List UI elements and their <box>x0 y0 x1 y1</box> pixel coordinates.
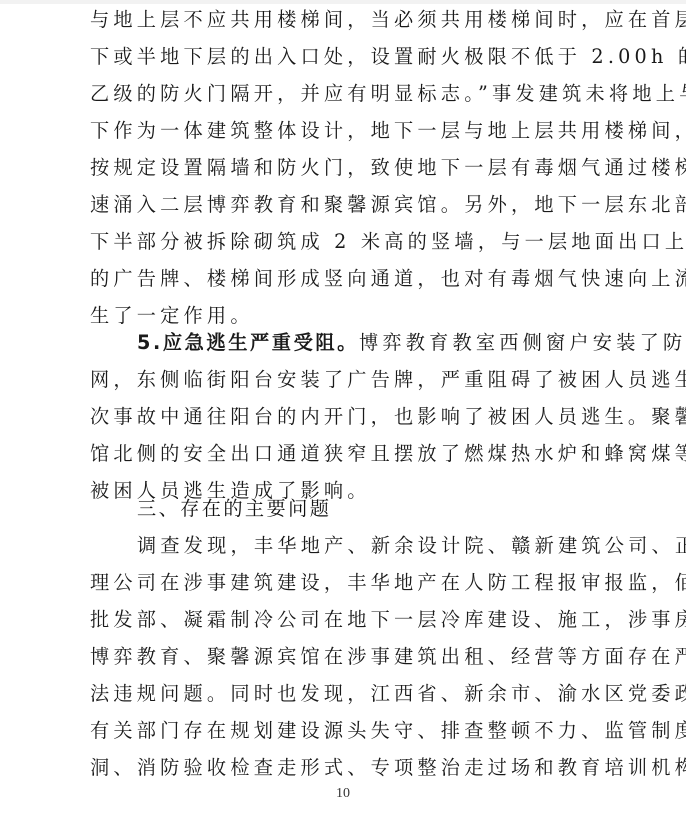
paragraph-line: 下或半地下层的出入口处，设置耐火极限不低于 2.00h 的隔墙和 <box>90 38 610 75</box>
paragraph-line: 乙级的防火门隔开，并应有明显标志。”事发建筑未将地上与地 <box>90 75 610 112</box>
paragraph-line: 按规定设置隔墙和防火门，致使地下一层有毒烟气通过楼梯间快 <box>90 149 610 186</box>
paragraph-line: 调查发现，丰华地产、新余设计院、赣新建筑公司、正大监 <box>90 527 610 564</box>
paragraph-line: 博弈教育、聚馨源宾馆在涉事建筑出租、经营等方面存在严重违 <box>90 638 610 675</box>
page-number: 10 <box>0 786 686 802</box>
paragraph-line: 法违规问题。同时也发现，江西省、新余市、渝水区党委政府及 <box>90 675 610 712</box>
paragraph-line: 的广告牌、楼梯间形成竖向通道，也对有毒烟气快速向上流动产 <box>90 260 610 297</box>
paragraph-line: 与地上层不应共用楼梯间，当必须共用楼梯间时，应在首层与地 <box>90 1 610 38</box>
paragraph-line: 下半部分被拆除砌筑成 2 米高的竖墙，与一层地面出口上方悬挂 <box>90 223 610 260</box>
section-5-heading: 5.应急逃生严重受阻。 <box>137 331 359 354</box>
paragraph-line: 次事故中通往阳台的内开门，也影响了被困人员逃生。聚馨源宾 <box>90 398 610 435</box>
paragraph-line: 网，东侧临街阳台安装了广告牌，严重阻碍了被困人员逃生；本 <box>90 361 610 398</box>
section-5-text: 博弈教育教室西侧窗户安装了防盗 <box>359 331 686 354</box>
paragraph-line: 洞、消防验收检查走形式、专项整治走过场和教育培训机构管理 <box>90 749 610 786</box>
paragraph-line: 批发部、凝霜制冷公司在地下一层冷库建设、施工，涉事房主、 <box>90 601 610 638</box>
section-5-first-line: 5.应急逃生严重受阻。博弈教育教室西侧窗户安装了防盗 <box>90 324 610 361</box>
paragraph-line: 有关部门存在规划建设源头失守、排查整顿不力、监管制度有漏 <box>90 712 610 749</box>
paragraph-line: 下作为一体建筑整体设计，地下一层与地上层共用楼梯间，但未 <box>90 112 610 149</box>
paragraph-line: 理公司在涉事建筑建设，丰华地产在人防工程报审报监，佰烩香 <box>90 564 610 601</box>
section-heading-3: 三、存在的主要问题 <box>90 490 610 527</box>
paragraph-line: 馆北侧的安全出口通道狭窄且摆放了燃煤热水炉和蜂窝煤等，对 <box>90 435 610 472</box>
paragraph-line: 速涌入二层博弈教育和聚馨源宾馆。另外，地下一层东北部楼梯 <box>90 186 610 223</box>
